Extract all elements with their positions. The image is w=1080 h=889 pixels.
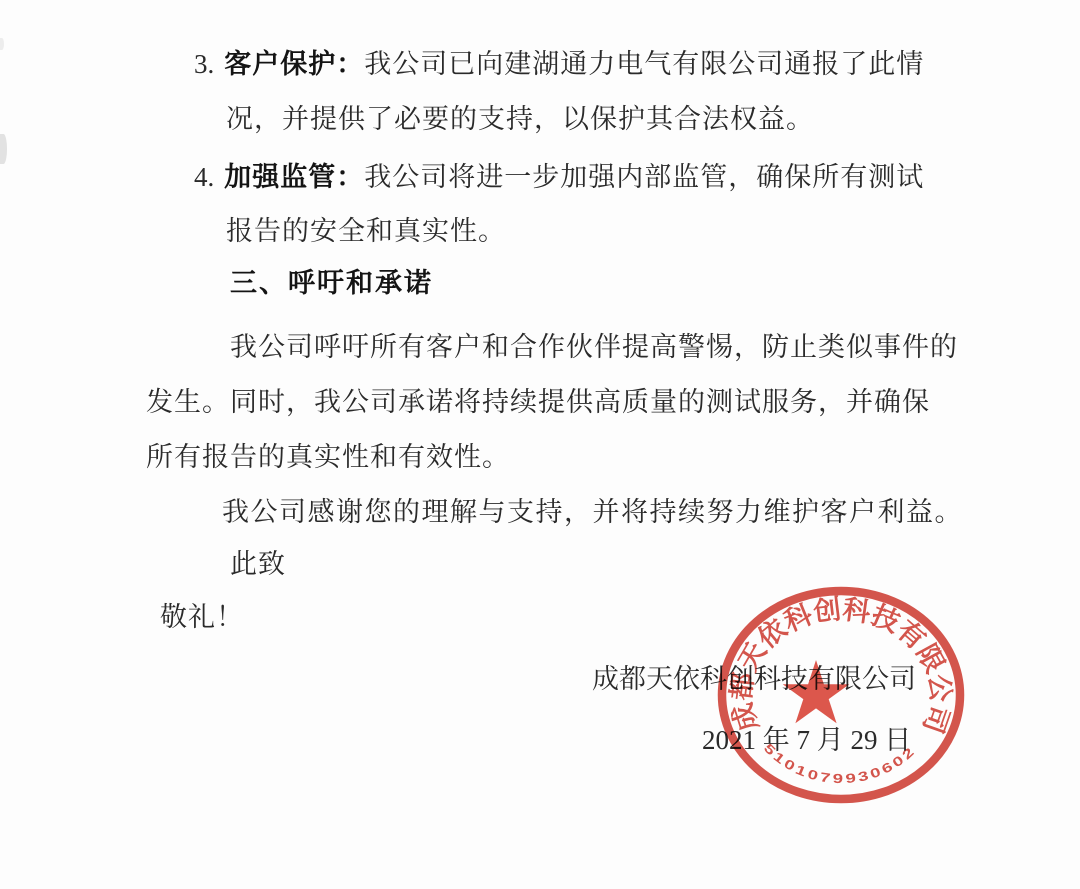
scan-artifact bbox=[0, 38, 4, 50]
paragraph-line: 我公司呼吁所有客户和合作伙伴提高警惕，防止类似事件的 bbox=[230, 328, 958, 366]
list-item-3-line-1: 3.客户保护：我公司已向建湖通力电气有限公司通报了此情 bbox=[194, 45, 924, 83]
paragraph-line: 我公司感谢您的理解与支持，并将持续努力维护客户利益。 bbox=[222, 493, 963, 531]
star-icon bbox=[783, 660, 850, 723]
list-item-3-line-2: 况，并提供了必要的支持，以保护其合法权益。 bbox=[226, 100, 814, 138]
section-heading: 三、呼吁和承诺 bbox=[230, 264, 433, 302]
seal-serial-textpath: 5101079930602 bbox=[761, 740, 919, 786]
paragraph-line: 所有报告的真实性和有效性。 bbox=[146, 438, 510, 476]
paragraph-line: 发生。同时，我公司承诺将持续提供高质量的测试服务，并确保 bbox=[146, 383, 930, 421]
official-seal: 成都天依科创科技有限公司 5101079930602 bbox=[714, 585, 968, 809]
scan-artifact bbox=[0, 134, 7, 164]
item-text: 报告的安全和真实性。 bbox=[226, 216, 506, 246]
closing-word: 此致 bbox=[230, 545, 286, 583]
salute-word: 敬礼！ bbox=[160, 598, 244, 636]
list-item-4-line-2: 报告的安全和真实性。 bbox=[226, 212, 506, 250]
list-item-4-line-1: 4.加强监管：我公司将进一步加强内部监管，确保所有测试 bbox=[194, 158, 924, 196]
item-number: 4. bbox=[194, 158, 214, 196]
item-text: 况，并提供了必要的支持，以保护其合法权益。 bbox=[226, 104, 814, 134]
seal-serial-arc-text: 5101079930602 bbox=[761, 740, 919, 786]
item-text: 我公司已向建湖通力电气有限公司通报了此情 bbox=[364, 49, 924, 79]
item-title: 加强监管： bbox=[224, 162, 364, 192]
item-number: 3. bbox=[194, 45, 214, 83]
item-text: 我公司将进一步加强内部监管，确保所有测试 bbox=[364, 162, 924, 192]
item-title: 客户保护： bbox=[224, 49, 364, 79]
document-page: 3.客户保护：我公司已向建湖通力电气有限公司通报了此情 况，并提供了必要的支持，… bbox=[0, 0, 1080, 889]
